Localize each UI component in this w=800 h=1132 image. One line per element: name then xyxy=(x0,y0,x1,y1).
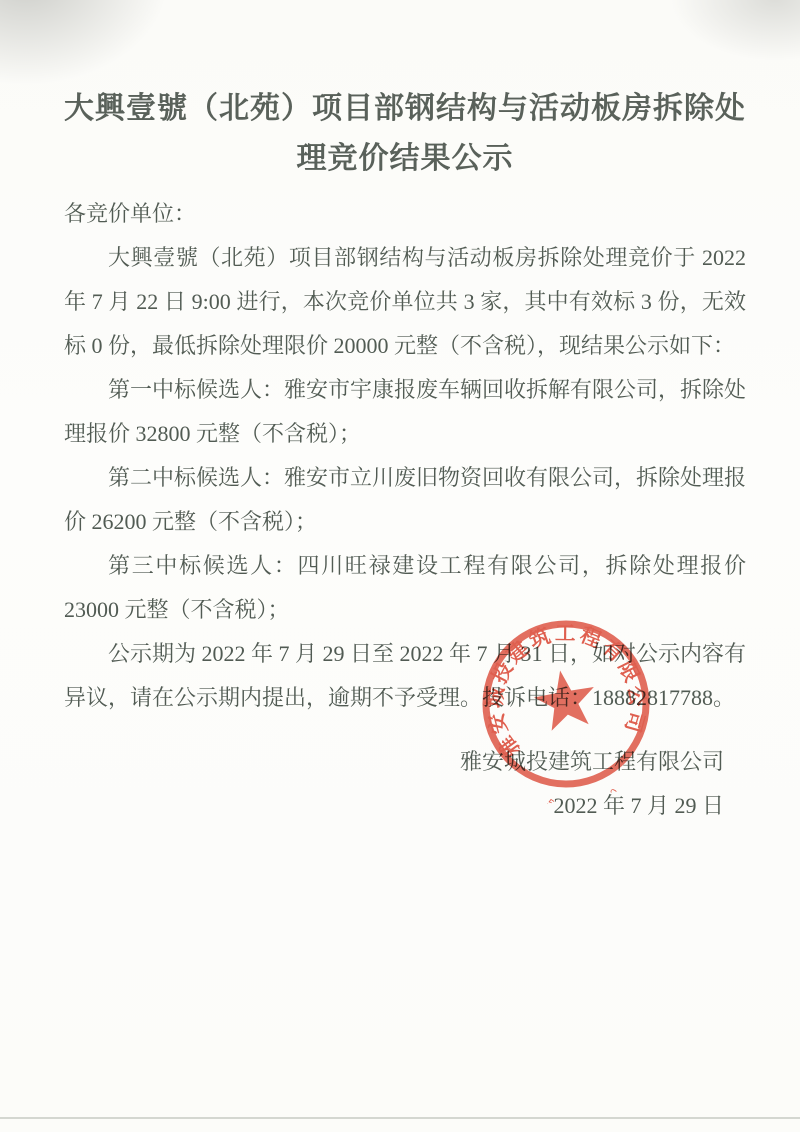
scan-smudge-top-right xyxy=(670,0,800,62)
paragraph-publicity-period: 公示期为 2022 年 7 月 29 日至 2022 年 7 月 31 日，如对… xyxy=(64,632,746,720)
salutation: 各竞价单位： xyxy=(64,192,746,236)
scan-page-bottom-edge xyxy=(0,1117,800,1119)
title-line-1: 大興壹號（北苑）项目部钢结构与活动板房拆除处 xyxy=(64,84,746,134)
scanned-document-page: 大興壹號（北苑）项目部钢结构与活动板房拆除处 理竞价结果公示 各竞价单位： 大興… xyxy=(0,0,800,1132)
title-line-2: 理竞价结果公示 xyxy=(64,134,746,184)
signature-block: 雅安城投建筑工程有限公司 2022 年 7 月 29 日 xyxy=(64,740,746,828)
paragraph-first-candidate: 第一中标候选人：雅安市宇康报废车辆回收拆解有限公司，拆除处理报价 32800 元… xyxy=(64,368,746,456)
signature-company: 雅安城投建筑工程有限公司 xyxy=(64,740,724,784)
scan-smudge-top-left xyxy=(0,0,180,94)
document-content: 大興壹號（北苑）项目部钢结构与活动板房拆除处 理竞价结果公示 各竞价单位： 大興… xyxy=(64,84,746,828)
paragraph-bid-summary: 大興壹號（北苑）项目部钢结构与活动板房拆除处理竞价于 2022 年 7 月 22… xyxy=(64,236,746,368)
document-title: 大興壹號（北苑）项目部钢结构与活动板房拆除处 理竞价结果公示 xyxy=(64,84,746,184)
paragraph-third-candidate: 第三中标候选人：四川旺禄建设工程有限公司，拆除处理报价 23000 元整（不含税… xyxy=(64,544,746,632)
signature-date: 2022 年 7 月 29 日 xyxy=(64,784,724,828)
paragraph-second-candidate: 第二中标候选人：雅安市立川废旧物资回收有限公司，拆除处理报价 26200 元整（… xyxy=(64,456,746,544)
